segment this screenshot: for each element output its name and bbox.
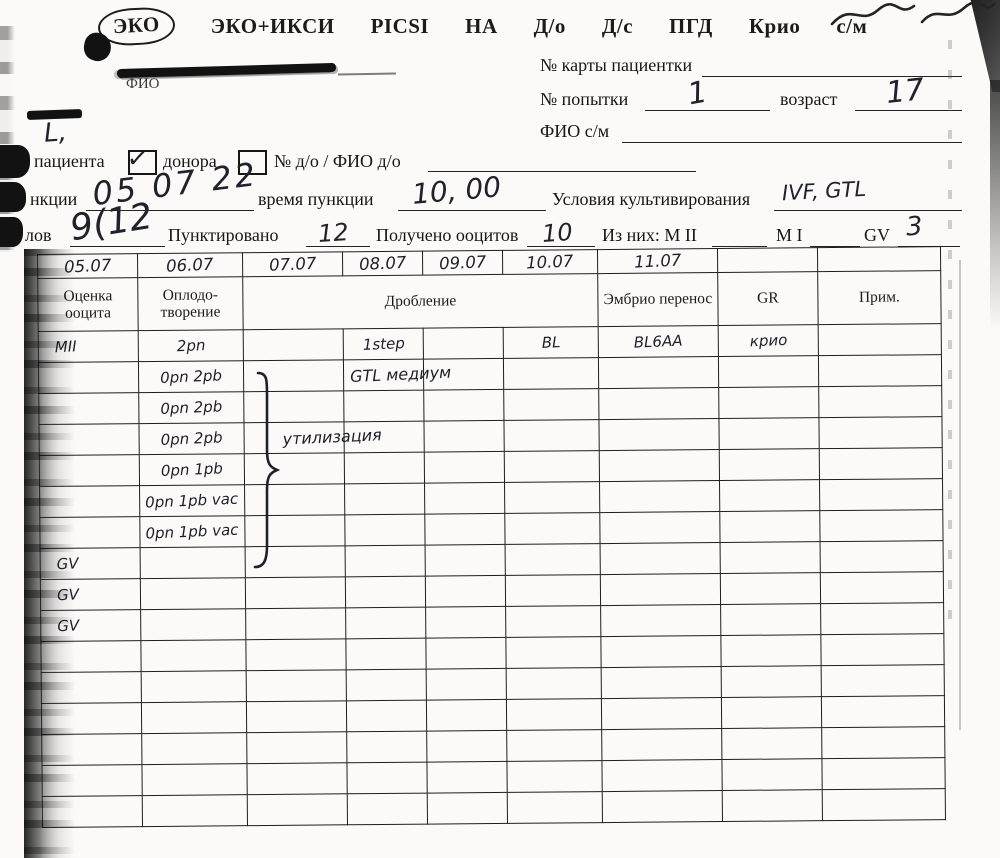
table-cell [503,358,598,390]
table-cell [722,790,822,822]
received-value: 10 [541,218,573,248]
table-cell [141,609,246,641]
table-cell [719,387,819,419]
table-cell: крио [718,325,818,357]
date-cell [717,248,817,273]
table-cell: 0pn 1pb [139,454,244,486]
table-cell [720,511,820,543]
table-cell [822,727,945,759]
table-cell [505,544,600,576]
table-cell [245,546,345,578]
table-cell [505,513,600,545]
table-cell [600,481,720,513]
scan-blot-row2 [0,182,26,212]
table-cell [819,479,942,511]
table-cell [426,606,506,638]
protocol-option: Д/о [534,14,566,39]
embryology-table: 05.0706.0707.0708.0709.0710.0711.07Оценк… [37,246,946,828]
table-cell [140,547,245,579]
table-cell [598,357,718,389]
table-cell [426,637,506,669]
table-cell: 0pn 1pb vac [140,516,245,548]
table-cell [821,603,944,635]
table-cell [719,449,819,481]
table-cell [720,573,820,605]
scan-artifact-right-edge [990,80,1000,330]
table-cell [821,634,944,666]
table-cell [40,486,140,518]
table-cell [247,763,347,795]
donor-id-label: № д/о / ФИО д/о [274,151,401,172]
table-cell: 2pn [138,330,243,362]
punctured-value: 12 [317,218,349,248]
table-cell [141,671,246,703]
table-cell [42,734,142,766]
protocol-option: с/м [836,14,867,39]
table-cell [40,517,140,549]
table-cell [41,672,141,704]
table-cell: GV [40,548,140,580]
table-cell [140,578,245,610]
table-cell [346,700,426,732]
table-cell [427,730,507,762]
punctured-label: Пунктировано [168,225,279,246]
margin-note: L, [43,117,68,149]
table-cell [721,666,821,698]
table-cell [818,355,941,387]
table-cell: 0pn 2pb [138,361,243,393]
table-cell [427,792,507,824]
table-cell [819,386,942,418]
date-cell: 07.07 [242,252,342,277]
table-cell [345,545,425,577]
selected-oval: ЭКО [97,6,176,47]
table-cell [246,608,346,640]
table-cell [601,667,721,699]
table-cell [820,541,943,573]
table-cell [344,452,424,484]
age-label: возраст [780,89,837,110]
patient-label: пациента [34,151,105,172]
table-cell [507,761,602,793]
table-cell [722,728,822,760]
table-cell [818,324,941,356]
table-cell [425,544,505,576]
table-cell [142,733,247,765]
follicles-label-fragment: лов [25,225,51,246]
table-cell: 0pn 1pb vac [140,485,245,517]
table-cell [719,418,819,450]
table-cell: 0pn 2pb [139,423,244,455]
table-cell [345,514,425,546]
table-cell [820,510,943,542]
table-cell [42,796,142,828]
table-cell: 1step [343,328,423,360]
table-cell: GV [41,610,141,642]
date-cell: 05.07 [38,254,138,279]
table-row [42,789,945,828]
table-cell [427,761,507,793]
table-cell [243,329,343,361]
gv-label: GV [864,225,890,246]
fio-sm-label: ФИО с/м [540,121,609,142]
card-number-line [702,62,962,77]
date-cell: 09.07 [422,250,502,275]
mii-line [712,232,767,247]
table-cell [506,699,601,731]
header-fertilization: Оплодо­творение [138,277,243,331]
table-cell [246,670,346,702]
table-cell [347,793,427,825]
table-cell [819,417,942,449]
table-cell [600,574,720,606]
conditions-value: IVF, GTL [781,177,866,205]
table-cell [425,575,505,607]
table-cell [245,577,345,609]
header-cleavage: Дробление [243,274,598,330]
table-cell [346,607,426,639]
received-label: Получено ооцитов [376,225,518,246]
table-cell [720,542,820,574]
table-cell [346,638,426,670]
mi-line [810,232,860,247]
scan-artifact-line [959,260,961,730]
table-cell [506,637,601,669]
table-cell [426,668,506,700]
protocol-option: ПГД [669,14,713,39]
table-cell [599,388,719,420]
fio-label: ФИО [126,76,160,93]
header-gr: GR [718,272,818,326]
table-cell [39,424,139,456]
table-cell [601,698,721,730]
table-cell [344,390,424,422]
embryology-table-wrap: 05.0706.0707.0708.0709.0710.0711.07Оценк… [37,246,946,828]
table-cell: GTL медиум [343,359,423,391]
puncture-label-fragment: нкции [30,189,77,210]
table-cell [718,356,818,388]
puncture-time-label: время пункции [258,189,374,210]
table-cell [244,391,344,423]
table-cell [602,729,722,761]
table-cell [426,699,506,731]
protocol-option: НА [465,14,498,39]
breakdown-label: Из них: M II [602,225,697,246]
card-number-label: № карты пациентки [540,55,692,76]
table-cell [425,482,505,514]
scan-artifact-left-top [0,26,15,252]
table-cell [423,327,503,359]
table-cell [819,448,942,480]
attempt-label: № попытки [540,89,628,110]
table-cell [142,795,247,827]
table-cell [243,360,343,392]
date-cell: 06.07 [138,253,243,278]
table-cell [346,669,426,701]
fio-sm-line [622,128,962,143]
table-body: 05.0706.0707.0708.0709.0710.0711.07Оценк… [38,247,946,828]
gv-value: 3 [905,211,924,242]
table-cell [39,455,139,487]
protocol-type-row: ЭКО ЭКО+ИКСИ PICSI НА Д/о Д/с ПГД Крио с… [98,8,867,45]
table-cell [141,640,246,672]
table-cell [505,575,600,607]
table-cell [602,791,722,823]
protocol-option: ЭКО+ИКСИ [211,14,335,39]
table-cell [141,702,246,734]
table-cell [504,389,599,421]
protocol-option: Д/с [602,14,633,39]
date-cell [817,247,940,272]
protocol-option: ЭКО [112,12,160,38]
scan-artifact-corner [958,0,1000,92]
table-cell [425,513,505,545]
table-cell: утилизация [244,422,344,454]
table-cell [142,764,247,796]
table-cell [247,732,347,764]
protocol-option: Крио [749,14,801,39]
header-notes: Прим. [818,271,941,325]
table-cell [821,665,944,697]
donor-id-line [428,157,696,172]
table-cell: BL6AA [598,326,718,358]
table-cell [245,484,345,516]
table-cell [722,759,822,791]
table-cell [424,420,504,452]
table-cell [599,419,719,451]
table-cell [247,794,347,826]
table-cell [504,451,599,483]
table-cell [42,765,142,797]
date-cell: 10.07 [502,250,597,275]
table-cell [721,697,821,729]
scan-blot-row3 [0,217,23,247]
table-cell [600,543,720,575]
protocol-option: PICSI [371,14,430,39]
table-cell [720,480,820,512]
table-cell: 0pn 2pb [139,392,244,424]
table-cell [41,641,141,673]
faded-line [338,72,396,75]
date-cell: 11.07 [597,249,717,274]
conditions-label: Условия культивирования [552,189,750,210]
table-cell [601,605,721,637]
table-cell [721,604,821,636]
table-cell [601,636,721,668]
table-cell: МII [38,331,138,363]
header-transfer: Эмбрио перенос [598,273,718,327]
table-cell [244,453,344,485]
table-cell [347,762,427,794]
scanned-form-page: ЭКО ЭКО+ИКСИ PICSI НА Д/о Д/с ПГД Крио с… [0,0,1000,858]
table-cell [721,635,821,667]
table-cell [505,482,600,514]
table-cell [600,512,720,544]
table-cell [345,483,425,515]
table-cell [38,362,138,394]
table-cell [507,730,602,762]
table-cell [424,389,504,421]
table-cell [504,420,599,452]
table-cell [506,668,601,700]
table-cell [246,639,346,671]
table-cell [39,393,139,425]
table-cell [246,701,346,733]
table-cell [602,760,722,792]
table-cell [822,789,945,821]
age-value: 17 [884,72,926,111]
table-cell [347,731,427,763]
table-cell [507,792,602,824]
table-cell: GV [40,579,140,611]
table-cell: BL [503,327,598,359]
table-cell [424,451,504,483]
table-cell [821,696,944,728]
date-cell: 08.07 [342,251,422,276]
table-cell [822,758,945,790]
table-cell [345,576,425,608]
mi-label: M I [776,225,803,246]
table-cell [599,450,719,482]
header-oocyte: Оценка ооцита [38,278,138,332]
table-cell [506,606,601,638]
table-cell [245,515,345,547]
scan-blot-row1 [0,145,30,178]
table-cell [41,703,141,735]
table-cell [820,572,943,604]
